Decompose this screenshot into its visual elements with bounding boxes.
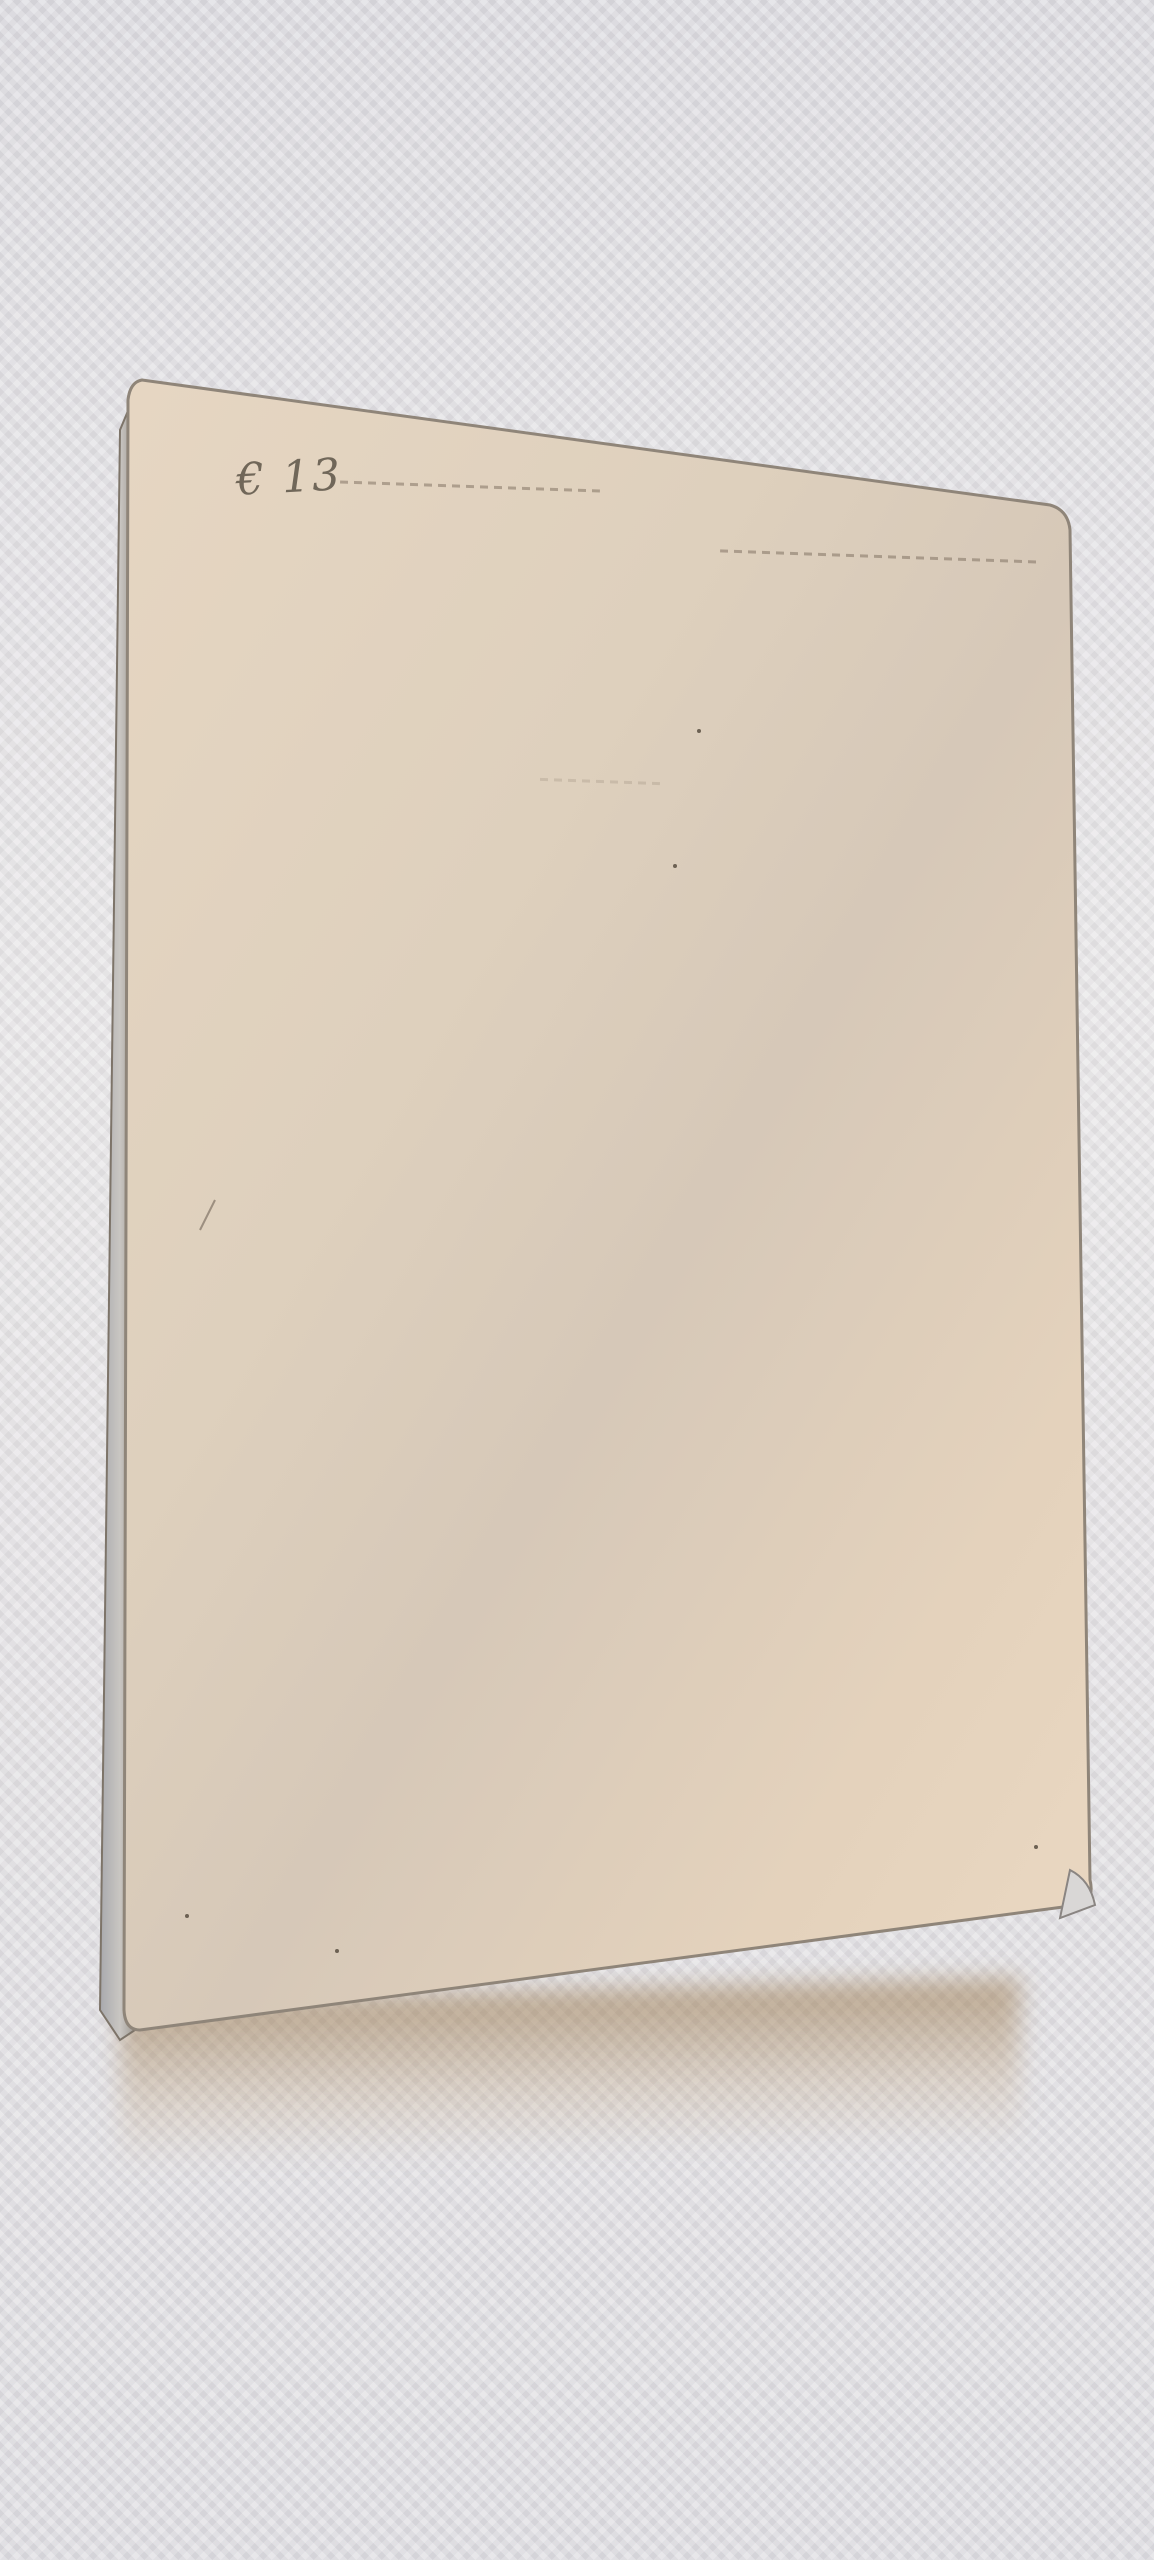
speck bbox=[673, 864, 677, 868]
book: € 13 bbox=[0, 0, 1154, 2560]
speck bbox=[1034, 1845, 1038, 1849]
book-shape bbox=[0, 0, 1154, 2560]
speck bbox=[335, 1949, 339, 1953]
speck bbox=[697, 729, 701, 733]
handwritten-price: € 13 bbox=[235, 449, 343, 505]
speck bbox=[185, 1914, 189, 1918]
